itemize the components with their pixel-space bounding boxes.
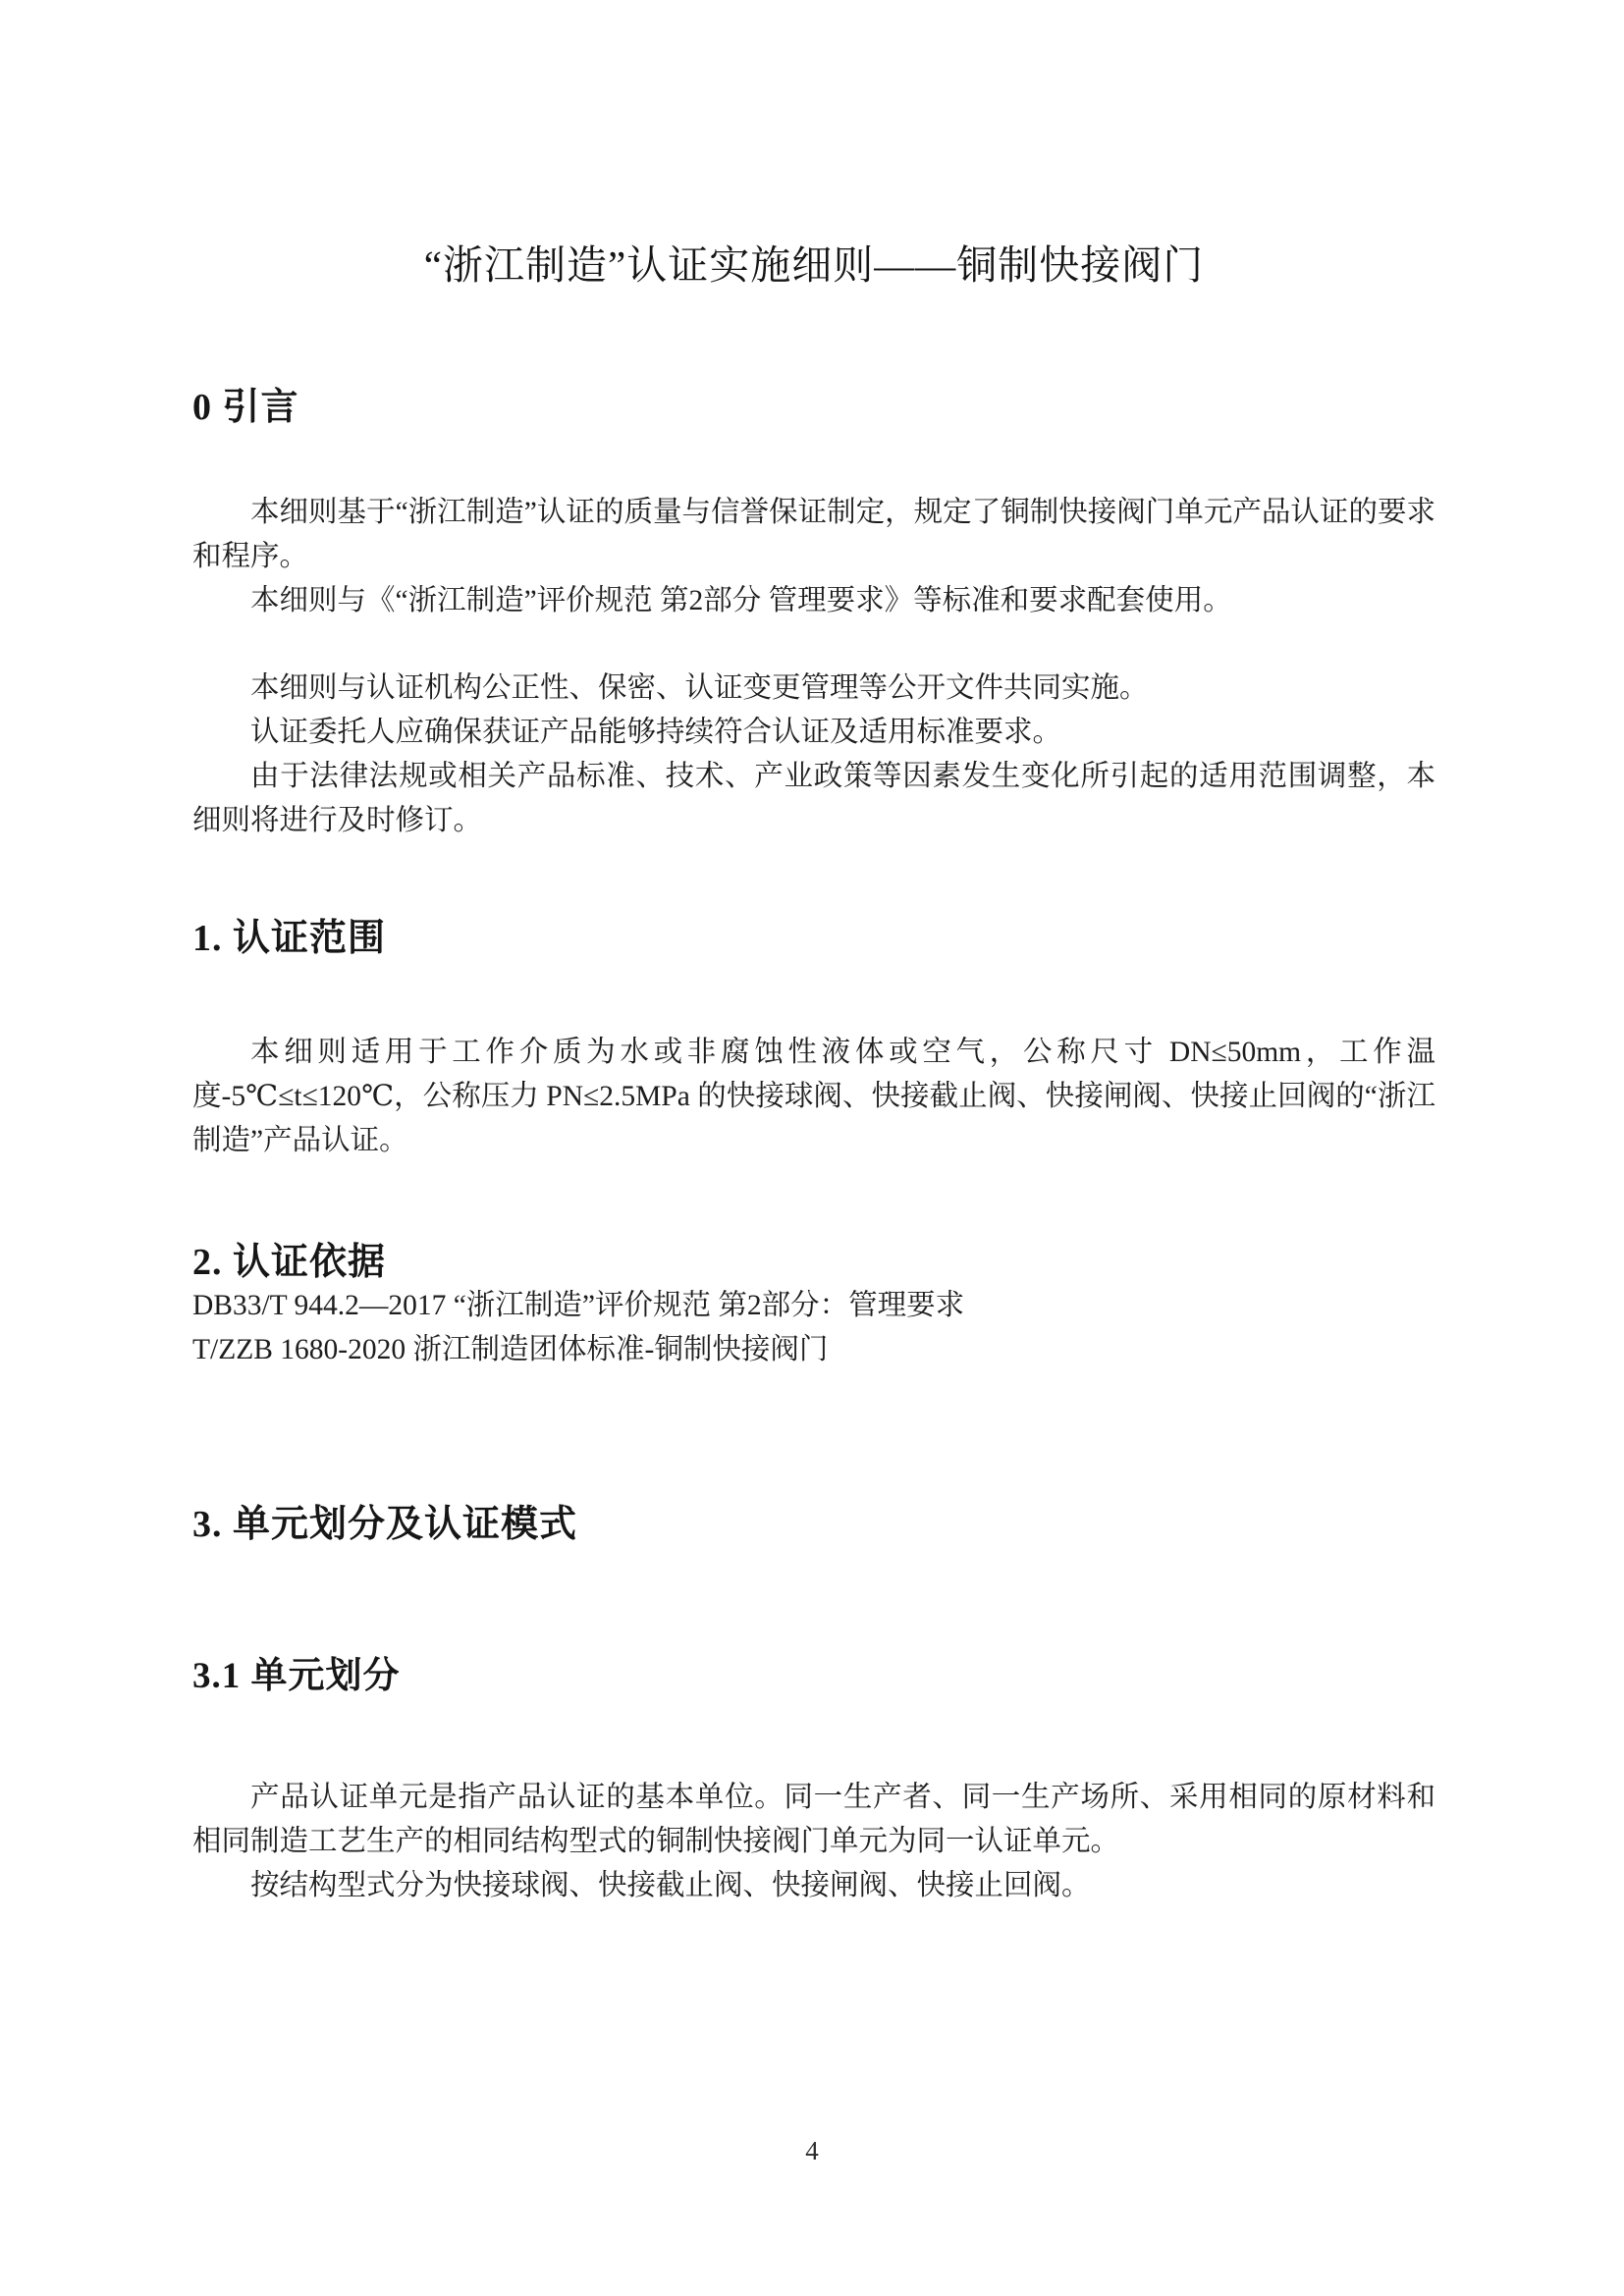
section-heading-intro: 0 引言 <box>192 386 1435 429</box>
division-paragraph-2: 按结构型式分为快接球阀、快接截止阀、快接闸阀、快接止回阀。 <box>192 1864 1435 1908</box>
document-page: “浙江制造”认证实施细则——铜制快接阀门 0 引言 本细则基于“浙江制造”认证的… <box>0 0 1624 2296</box>
section-heading-basis: 2. 认证依据 <box>192 1241 1435 1284</box>
page-number: 4 <box>0 2136 1624 2166</box>
reference-standard-2: T/ZZB 1680-2020 浙江制造团体标准-铜制快接阀门 <box>192 1328 1435 1372</box>
intro-paragraph-4: 认证委托人应确保获证产品能够持续符合认证及适用标准要求。 <box>192 711 1435 755</box>
intro-paragraph-2: 本细则与《“浙江制造”评价规范 第2部分 管理要求》等标准和要求配套使用。 <box>192 579 1435 623</box>
scope-paragraph-1: 本细则适用于工作介质为水或非腐蚀性液体或空气，公称尺寸 DN≤50mm，工作温度… <box>192 1031 1435 1163</box>
intro-paragraph-3: 本细则与认证机构公正性、保密、认证变更管理等公开文件共同实施。 <box>192 667 1435 711</box>
section-heading-unit-division: 3.1 单元划分 <box>192 1655 1435 1698</box>
intro-paragraph-1: 本细则基于“浙江制造”认证的质量与信誉保证制定，规定了铜制快接阀门单元产品认证的… <box>192 491 1435 579</box>
document-content: “浙江制造”认证实施细则——铜制快接阀门 0 引言 本细则基于“浙江制造”认证的… <box>192 0 1435 1908</box>
document-title: “浙江制造”认证实施细则——铜制快接阀门 <box>192 240 1435 290</box>
division-paragraph-1: 产品认证单元是指产品认证的基本单位。同一生产者、同一生产场所、采用相同的原材料和… <box>192 1776 1435 1864</box>
section-heading-unit-mode: 3. 单元划分及认证模式 <box>192 1503 1435 1546</box>
intro-paragraph-5: 由于法律法规或相关产品标准、技术、产业政策等因素发生变化所引起的适用范围调整，本… <box>192 755 1435 843</box>
reference-standard-1: DB33/T 944.2—2017 “浙江制造”评价规范 第2部分：管理要求 <box>192 1284 1435 1328</box>
section-heading-scope: 1. 认证范围 <box>192 917 1435 960</box>
